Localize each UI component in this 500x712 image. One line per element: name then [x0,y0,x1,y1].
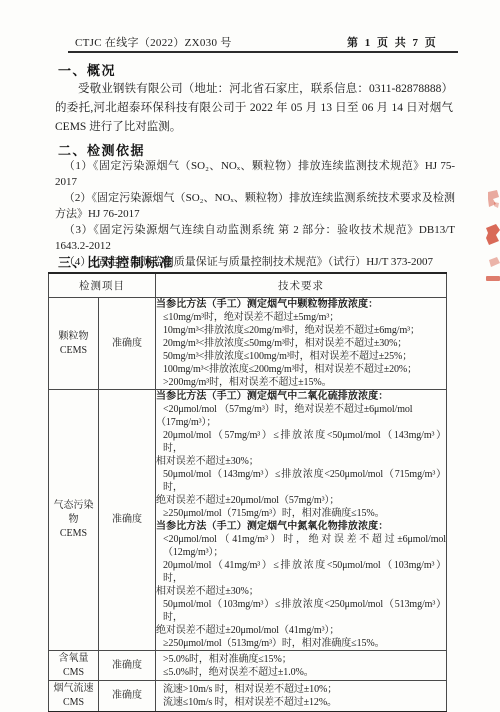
requirement-line: 相对误差不超过±30%； [156,585,446,598]
requirement-cell: 当参比方法（手工）测定烟气中二氧化硫排放浓度： <20μmol/mol （57m… [156,390,447,651]
item-system: CMS [49,696,98,710]
requirement-cell: 流速>10m/s 时，相对误差不超过±10%； 流速≤10m/s 时，相对误差不… [156,681,447,712]
requirement-cell: >5.0%时，相对准确度≤15%； ≤5.0%时，绝对误差不超过±1.0%。 [156,651,447,681]
requirement-line: 相对误差不超过±30%； [156,455,446,468]
document-number: CTJC 在线字（2022）ZX030 号 [75,34,232,50]
seal-mark [489,257,500,267]
overview-paragraph: 受敬业钢铁有限公司（地址：河北省石家庄，联系信息：0311-82878888）的… [55,80,453,137]
requirement-line: （17mg/m³）； [156,416,446,429]
metric-cell: 准确度 [99,651,156,681]
table-row: 含氧量 CMS 准确度 >5.0%时，相对准确度≤15%； ≤5.0%时，绝对误… [49,651,447,681]
metric-cell: 准确度 [99,298,156,390]
section-title-basis: 二、检测依据 [58,140,145,159]
requirement-line: 20mg/m³<排放浓度≤50mg/m³时，相对误差不超过±30%； [156,337,446,350]
requirement-line: <20μmol/mol （57mg/m³）时，绝对误差不超过±6μmol/mol [156,403,446,416]
item-system: CEMS [49,344,98,358]
item-name: 气态污染物 [49,499,98,527]
item-cell-particulate: 颗粒物 CEMS [49,298,99,390]
requirement-line: 当参比方法（手工）测定烟气中二氧化硫排放浓度： [156,390,446,403]
requirement-line: >200mg/m³时，相对误差不超过±15%。 [156,376,446,389]
requirement-line: ≤5.0%时，绝对误差不超过±1.0%。 [156,666,446,679]
requirement-line: 20μmol/mol（41mg/m³）≤排放浓度<50μmol/mol（103m… [156,559,446,585]
table-row: 烟气流速 CMS 准确度 流速>10m/s 时，相对误差不超过±10%； 流速≤… [49,681,447,712]
requirement-line: 绝对误差不超过±20μmol/mol（57mg/m³）； [156,494,446,507]
table-header-row: 检测项目 技术要求 [49,273,447,298]
metric-cell: 准确度 [99,681,156,712]
item-cell-oxygen: 含氧量 CMS [49,651,99,681]
page-indicator: 第 1 页 共 7 页 [347,34,438,50]
requirement-line: 100mg/m³<排放浓度≤200mg/m³时，相对误差不超过±20%； [156,363,446,376]
seal-mark [486,224,500,245]
requirement-line: <20μmol/mol（41mg/m³）时，绝对误差不超过±6μmol/mol（… [156,533,446,559]
requirement-line: ≤10mg/m³时，绝对误差不超过±5mg/m³； [156,311,446,324]
column-header-requirement: 技术要求 [156,273,447,298]
item-name: 含氧量 [49,652,98,666]
red-seal-fragment [482,188,500,286]
header-divider [68,51,458,53]
standards-table: 检测项目 技术要求 颗粒物 CEMS 准确度 当参比方法（手工）测定烟气中颗粒物… [48,272,447,712]
metric-cell: 准确度 [99,390,156,651]
section-title-overview: 一、概况 [58,60,116,79]
section-title-standards: 三、比对控制标准 [58,252,174,271]
item-system: CEMS [49,527,98,541]
column-header-item: 检测项目 [49,273,156,298]
requirement-line: >5.0%时，相对准确度≤15%； [156,653,446,666]
requirement-line: 50μmol/mol（143mg/m³）≤排放浓度<250μmol/mol（71… [156,468,446,494]
requirement-line: 20μmol/mol（57mg/m³）≤排放浓度<50μmol/mol（143m… [156,429,446,455]
requirement-line: 10mg/m³<排放浓度≤20mg/m³时，绝对误差不超过±6mg/m³； [156,324,446,337]
requirement-line: 当参比方法（手工）测定烟气中颗粒物排放浓度： [156,298,446,311]
item-cell-flue-gas-velocity: 烟气流速 CMS [49,681,99,712]
requirement-line: 50mg/m³<排放浓度≤100mg/m³时，相对误差不超过±25%； [156,350,446,363]
item-name: 颗粒物 [49,330,98,344]
requirement-line: 流速>10m/s 时，相对误差不超过±10%； [156,683,446,696]
basis-reference-item: （1）《固定污染源烟气（SO₂、NOₓ、颗粒物）排放连续监测技术规范》HJ 75… [55,158,455,190]
table-row: 颗粒物 CEMS 准确度 当参比方法（手工）测定烟气中颗粒物排放浓度： ≤10m… [49,298,447,390]
seal-mark [486,276,500,281]
seal-mark [488,190,499,207]
basis-reference-item: （3）《固定污染源烟气连续自动监测系统 第 2 部分：验收技术规范》DB13/T… [55,222,455,254]
basis-reference-item: （2）《固定污染源烟气（SO₂、NOₓ、颗粒物）排放连续监测系统技术要求及检测方… [55,190,455,222]
requirement-line: ≥250μmol/mol（513mg/m³）时，相对准确度≤15%。 [156,637,446,650]
document-page: CTJC 在线字（2022）ZX030 号 第 1 页 共 7 页 一、概况 受… [0,0,500,712]
requirement-line: ≥250μmol/mol（715mg/m³）时，相对准确度≤15%。 [156,507,446,520]
requirement-line: 流速≤10m/s 时，相对误差不超过±12%。 [156,696,446,709]
requirement-cell: 当参比方法（手工）测定烟气中颗粒物排放浓度： ≤10mg/m³时，绝对误差不超过… [156,298,447,390]
item-cell-gaseous: 气态污染物 CEMS [49,390,99,651]
item-system: CMS [49,666,98,680]
item-name: 烟气流速 [49,682,98,696]
seal-mark [494,202,499,208]
table-row: 气态污染物 CEMS 准确度 当参比方法（手工）测定烟气中二氧化硫排放浓度： <… [49,390,447,651]
requirement-line: 绝对误差不超过±20μmol/mol（41mg/m³）； [156,624,446,637]
requirement-line: 当参比方法（手工）测定烟气中氮氧化物排放浓度： [156,520,446,533]
requirement-line: 50μmol/mol（103mg/m³）≤排放浓度<250μmol/mol（51… [156,598,446,624]
